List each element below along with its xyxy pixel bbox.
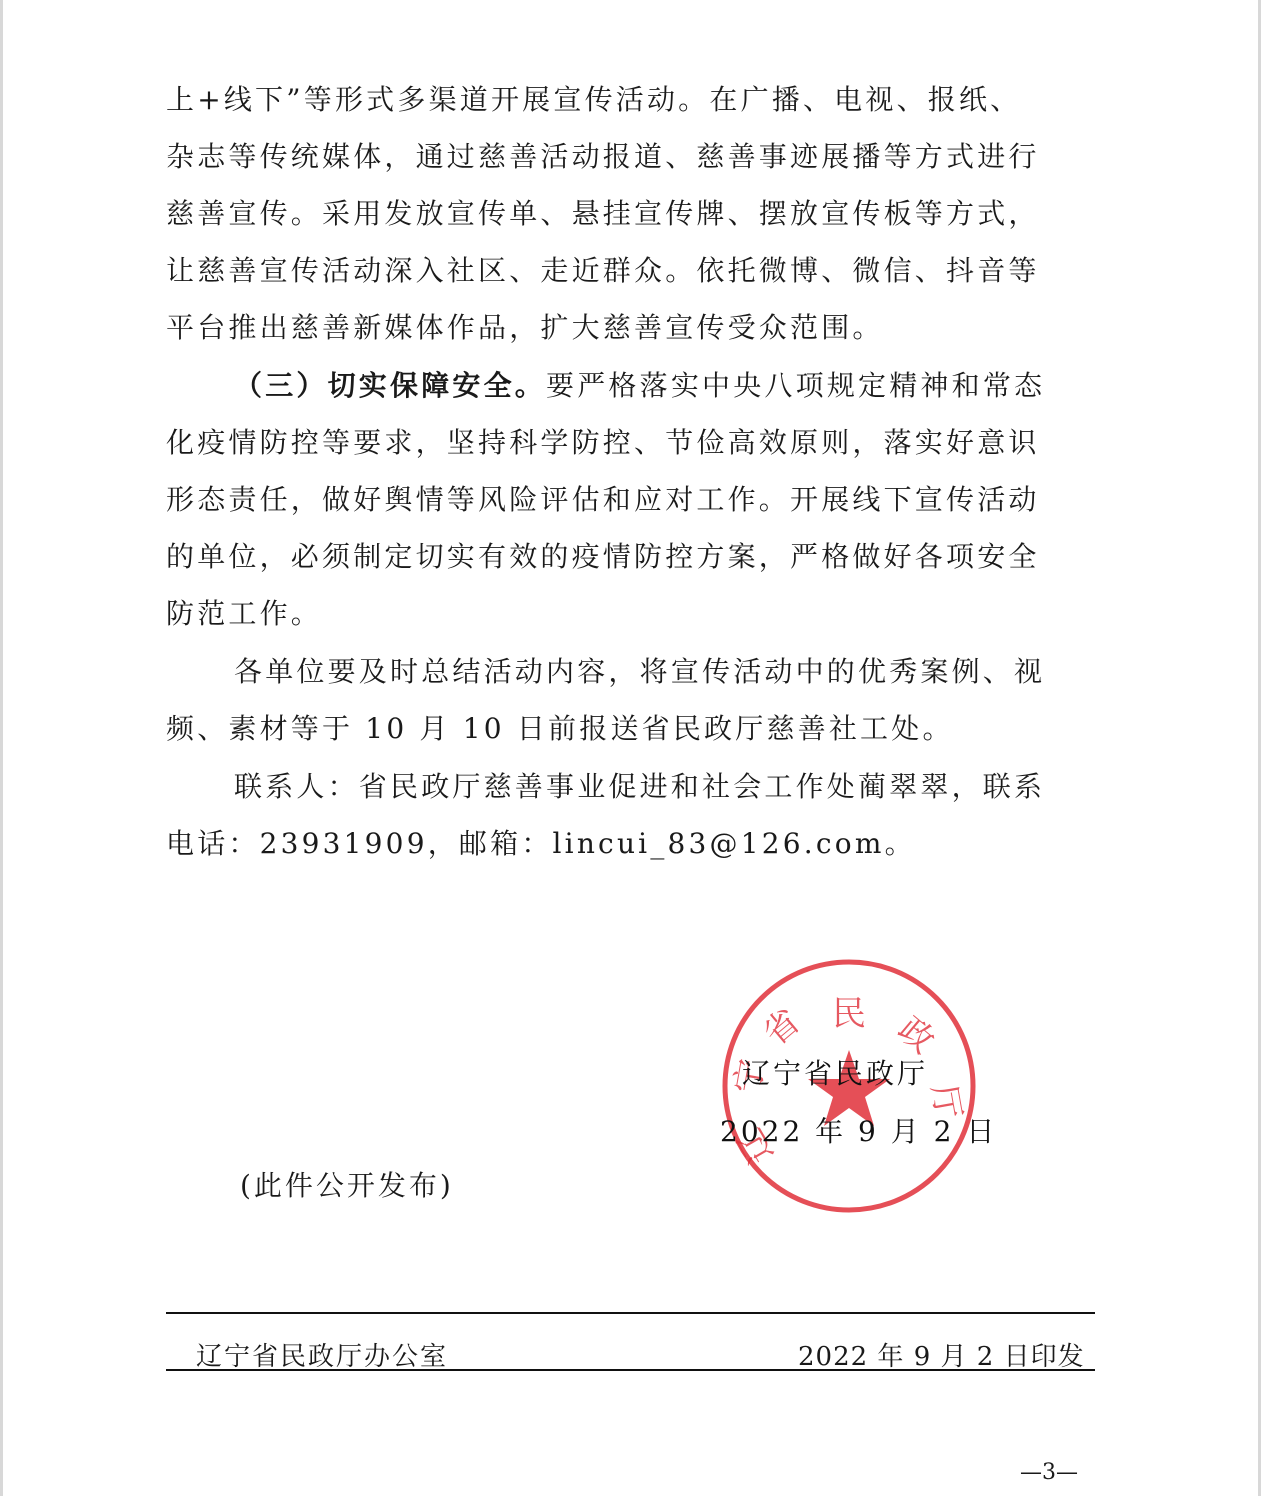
footer-top-rule — [166, 1312, 1095, 1314]
publication-note: (此件公开发布) — [240, 1164, 454, 1204]
footer-issuer: 辽宁省民政厅办公室 — [196, 1336, 448, 1373]
footer-issue-date: 2022 年 9 月 2 日印发 — [798, 1336, 1085, 1373]
signature-organization: 辽宁省民政厅 — [742, 1052, 928, 1092]
submit-paragraph-line: 各单位要及时总结活动内容，将宣传活动中的优秀案例、视 — [234, 652, 1045, 692]
submit-paragraph-line: 频、素材等于 10 月 10 日前报送省民政厅慈善社工处。 — [166, 709, 954, 749]
page-edge-left — [0, 0, 3, 1496]
footer-bottom-rule — [166, 1369, 1095, 1371]
paragraph-1-line: 上+线下”等形式多渠道开展宣传活动。在广播、电视、报纸、 — [166, 80, 1021, 120]
section-3-first-line: （三）切实保障安全。要严格落实中央八项规定精神和常态 — [234, 366, 1045, 406]
svg-text:民: 民 — [832, 994, 866, 1034]
section-3-line: 的单位，必须制定切实有效的疫情防控方案，严格做好各项安全 — [166, 537, 1040, 577]
paragraph-1-line: 杂志等传统媒体，通过慈善活动报道、慈善事迹展播等方式进行 — [166, 137, 1040, 177]
section-3-first-line-text: 要严格落实中央八项规定精神和常态 — [546, 369, 1045, 402]
contact-line: 联系人：省民政厅慈善事业促进和社会工作处蔺翠翠，联系 — [234, 767, 1045, 807]
paragraph-1-line: 平台推出慈善新媒体作品，扩大慈善宣传受众范围。 — [166, 308, 884, 348]
section-3-line: 防范工作。 — [166, 594, 322, 634]
section-3-line: 化疫情防控等要求，坚持科学防控、节俭高效原则，落实好意识 — [166, 423, 1040, 463]
signature-date: 2022 年 9 月 2 日 — [720, 1110, 997, 1150]
paragraph-1-line: 让慈善宣传活动深入社区、走近群众。依托微博、微信、抖音等 — [166, 251, 1040, 291]
paragraph-1-line: 慈善宣传。采用发放宣传单、悬挂宣传牌、摆放宣传板等方式， — [166, 194, 1040, 234]
section-3-heading: （三）切实保障安全。 — [234, 369, 546, 402]
section-3-line: 形态责任，做好舆情等风险评估和应对工作。开展线下宣传活动 — [166, 480, 1040, 520]
svg-text:省: 省 — [756, 1001, 808, 1053]
page-number: —3— — [1020, 1460, 1078, 1485]
contact-line: 电话：23931909，邮箱：lincui_83@126.com。 — [166, 824, 916, 864]
